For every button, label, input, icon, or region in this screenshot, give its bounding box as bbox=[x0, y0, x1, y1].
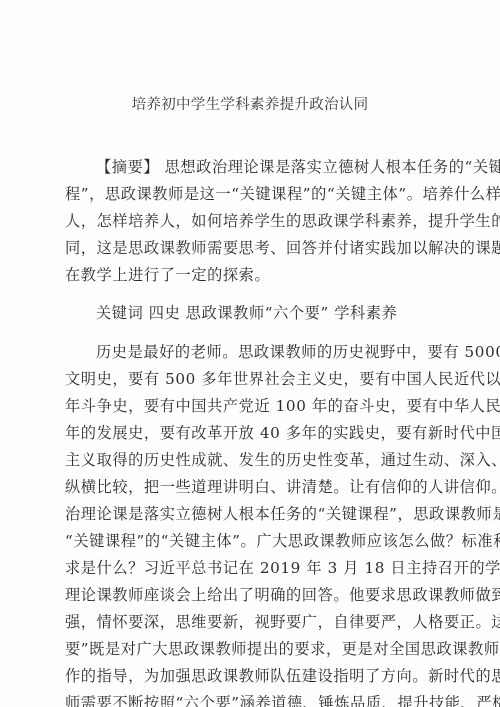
body-line: 纵横比较，把一些道理讲明白、讲清楚。让有信仰的人讲信仰。思想政 bbox=[65, 477, 500, 497]
abstract-line: 程”，思政课教师是这一“关键课程”的“关键主体”。培养什么样的 bbox=[65, 184, 500, 204]
body-line: 治理论课是落实立德树人根本任务的“关键课程”，思政课教师是这一 bbox=[65, 504, 500, 524]
document-page: 培养初中学生学科素养提升政治认同 【摘要】 思想政治理论课是落实立德树人根本任务… bbox=[0, 0, 500, 707]
body-line: “关键课程”的“关键主体”。广大思政课教师应该怎么做？标准和要 bbox=[65, 531, 500, 551]
body-line: 历史是最好的老师。思政课教师的历史视野中，要有 5000 多年中华 bbox=[96, 342, 500, 362]
body-line: 文明史，要有 500 多年世界社会主义史，要有中国人民近代以来 170 多 bbox=[65, 369, 500, 389]
body-line: 年的发展史，要有改革开放 40 多年的实践史，要有新时代中国特色社会 bbox=[65, 423, 500, 443]
abstract-line: 人，怎样培养人，如何培养学生的思政课学科素养，提升学生的政治认 bbox=[65, 211, 500, 231]
body-line: 理论课教师座谈会上给出了明确的回答。他要求思政课教师做到政治要 bbox=[65, 585, 500, 605]
abstract-line: 【摘要】 思想政治理论课是落实立德树人根本任务的“关键课 bbox=[96, 157, 500, 177]
keywords-line: 关键词 四史 思政课教师“六个要” 学科素养 bbox=[96, 303, 397, 323]
body-line: 要”既是对广大思政课教师提出的要求，更是对全国思政课教师具体工 bbox=[65, 639, 500, 659]
body-line: 主义取得的历史性成就、发生的历史性变革，通过生动、深入、具体的 bbox=[65, 450, 500, 470]
abstract-line: 在教学上进行了一定的探索。 bbox=[65, 265, 270, 285]
body-line: 强，情怀要深，思维要新，视野要广，自律要严，人格要正。这“六个 bbox=[65, 612, 500, 632]
abstract-line: 同，这是思政课教师需要思考、回答并付诸实践加以解决的课题。本人 bbox=[65, 238, 500, 258]
body-line: 师需要不断按照“六个要”涵养道德、锤炼品质、提升技能、严格要求。 bbox=[65, 693, 500, 707]
document-title: 培养初中学生学科素养提升政治认同 bbox=[0, 93, 500, 114]
body-line: 年斗争史，要有中国共产党近 100 年的奋斗史，要有中华人民共和国 70 bbox=[65, 396, 500, 416]
body-line: 作的指导，为加强思政课教师队伍建设指明了方向。新时代的思政课教 bbox=[65, 666, 500, 686]
body-line: 求是什么？习近平总书记在 2019 年 3 月 18 日主持召开的学校思想政治 bbox=[65, 558, 500, 578]
